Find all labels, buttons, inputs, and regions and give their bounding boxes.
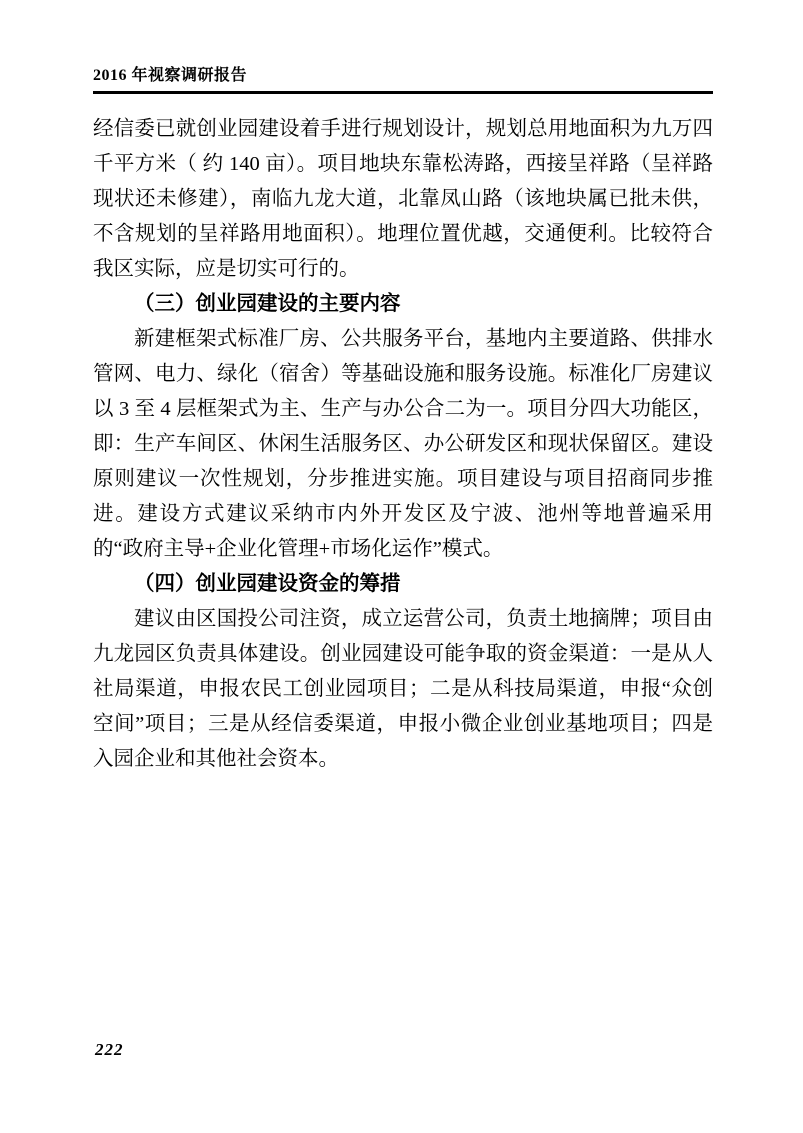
section-heading-4: （四）创业园建设资金的筹措	[93, 567, 713, 602]
section-heading-3: （三）创业园建设的主要内容	[93, 287, 713, 322]
paragraph-funding: 建议由区国投公司注资，成立运营公司，负责土地摘牌；项目由九龙园区负责具体建设。创…	[93, 602, 713, 777]
paragraph-construction-content: 新建框架式标准厂房、公共服务平台，基地内主要道路、供排水管网、电力、绿化（宿舍）…	[93, 322, 713, 567]
document-page: 2016 年视察调研报告 经信委已就创业园建设着手进行规划设计，规划总用地面积为…	[0, 0, 803, 1133]
report-header-title: 2016 年视察调研报告	[93, 62, 713, 85]
document-body: 经信委已就创业园建设着手进行规划设计，规划总用地面积为九万四千平方米（ 约 14…	[93, 112, 713, 777]
paragraph-site-planning: 经信委已就创业园建设着手进行规划设计，规划总用地面积为九万四千平方米（ 约 14…	[93, 112, 713, 287]
page-number: 222	[95, 1040, 124, 1060]
page-header: 2016 年视察调研报告	[93, 62, 713, 94]
